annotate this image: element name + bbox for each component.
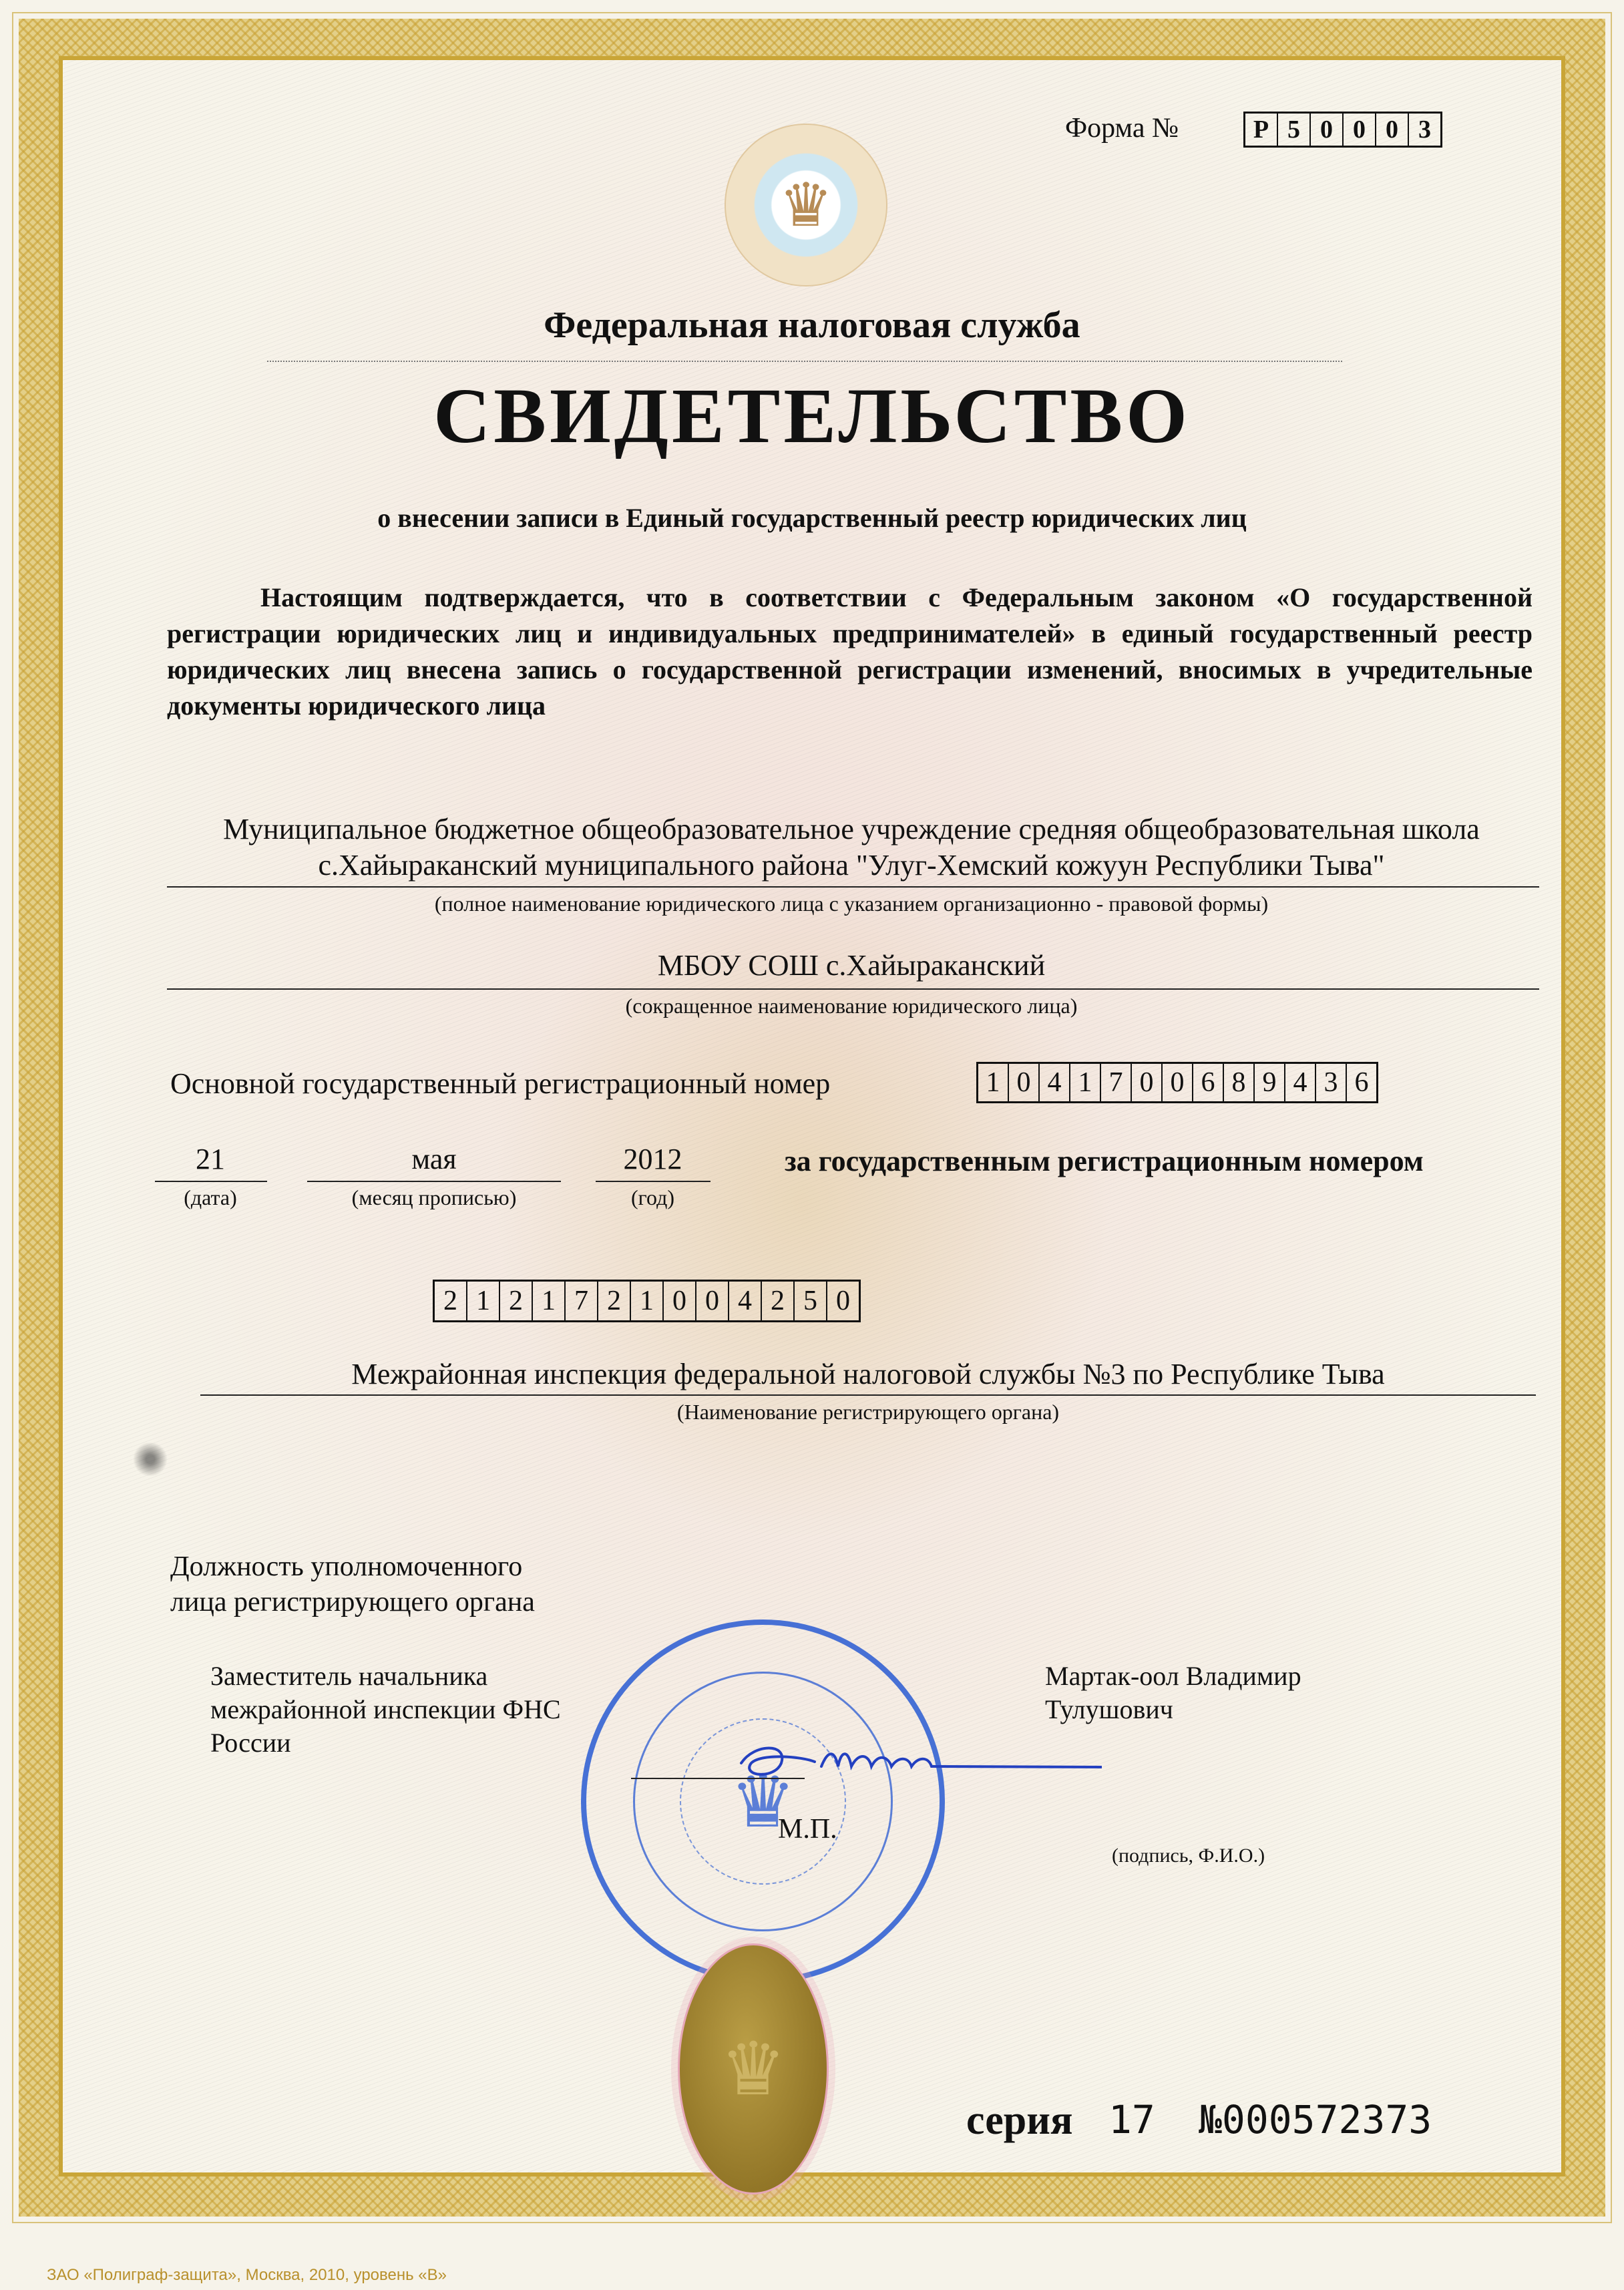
ogrn-digit: 4 [1285, 1064, 1316, 1101]
position-line: межрайонной инспекции ФНС [210, 1693, 561, 1726]
certification-text: Настоящим подтверждается, что в соответс… [167, 580, 1533, 724]
ogrn-digit: 3 [1316, 1064, 1347, 1101]
year-caption: (год) [594, 1185, 711, 1210]
full-name-caption: (полное наименование юридического лица с… [167, 892, 1536, 916]
official-stamp: ♛ [581, 1619, 945, 1983]
series-value: 17 [1108, 2097, 1155, 2142]
ogrn-label: Основной государственный регистрационный… [170, 1067, 830, 1101]
ogrn-digit: 7 [1101, 1064, 1132, 1101]
grn-digit: 5 [795, 1282, 827, 1320]
gold-embossed-seal: ♛ [678, 1943, 829, 2194]
double-headed-eagle-icon: ♛ [721, 2026, 787, 2112]
signatory-heading-line: лица регистрирующего органа [170, 1585, 535, 1620]
short-name-caption: (сокращенное наименование юридического л… [167, 994, 1536, 1018]
serial-number: №000572373 [1199, 2097, 1432, 2142]
double-headed-eagle-icon: ♛ [779, 170, 833, 240]
grn-boxes: 2 1 2 1 7 2 1 0 0 4 2 5 0 [433, 1280, 861, 1322]
grn-digit: 0 [827, 1282, 859, 1320]
grn-digit: 2 [598, 1282, 631, 1320]
name-line: Тулушович [1045, 1693, 1301, 1726]
date-day: 21 [154, 1142, 267, 1176]
form-number-label: Форма № [1065, 112, 1179, 144]
agency-name: Федеральная налоговая служба [0, 304, 1624, 347]
signatory-position: Заместитель начальника межрайонной инспе… [210, 1660, 561, 1760]
ogrn-digit: 0 [1009, 1064, 1040, 1101]
full-name-rule [167, 886, 1539, 888]
grn-digit: 2 [435, 1282, 467, 1320]
month-rule [307, 1181, 561, 1182]
signatory-heading-line: Должность уполномоченного [170, 1549, 535, 1585]
grn-digit: 2 [762, 1282, 795, 1320]
document-subtitle: о внесении записи в Единый государственн… [0, 502, 1624, 534]
month-caption: (месяц прописью) [307, 1185, 561, 1210]
ogrn-digit: 9 [1255, 1064, 1285, 1101]
grn-label: за государственным регистрационным номер… [785, 1144, 1424, 1178]
grn-digit: 1 [631, 1282, 664, 1320]
ogrn-digit: 0 [1132, 1064, 1163, 1101]
ogrn-digit: 8 [1224, 1064, 1255, 1101]
ink-smudge [127, 1443, 174, 1476]
grn-digit: 1 [467, 1282, 500, 1320]
ogrn-digit: 0 [1163, 1064, 1193, 1101]
grn-digit: 7 [566, 1282, 598, 1320]
seal-place-label: М.П. [778, 1813, 837, 1845]
day-caption: (дата) [154, 1185, 267, 1210]
short-name-rule [167, 988, 1539, 990]
grn-digit: 4 [729, 1282, 762, 1320]
form-code-cell: 3 [1409, 114, 1440, 146]
series-label: серия [966, 2097, 1073, 2144]
name-line: Мартак-оол Владимир [1045, 1660, 1301, 1693]
signatory-heading: Должность уполномоченного лица регистрир… [170, 1549, 535, 1620]
handwritten-signature [728, 1736, 1102, 1783]
signatory-name: Мартак-оол Владимир Тулушович [1045, 1660, 1301, 1726]
document-title: СВИДЕТЕЛЬСТВО [0, 371, 1624, 461]
grn-digit: 0 [696, 1282, 729, 1320]
ogrn-digit: 1 [1070, 1064, 1101, 1101]
form-code-cell: 0 [1344, 114, 1376, 146]
entity-short-name: МБОУ СОШ с.Хайыраканский [167, 948, 1536, 982]
ogrn-digit: 1 [978, 1064, 1009, 1101]
authority-rule [200, 1394, 1536, 1396]
grn-digit: 0 [664, 1282, 696, 1320]
ogrn-digit: 6 [1193, 1064, 1224, 1101]
date-year: 2012 [594, 1142, 711, 1176]
form-code-cell: 0 [1311, 114, 1344, 146]
form-code-cell: 5 [1278, 114, 1311, 146]
year-rule [596, 1181, 710, 1182]
grn-digit: 2 [500, 1282, 533, 1320]
hologram-emblem: ♛ [725, 124, 887, 287]
authority-caption: (Наименование регистрирующего органа) [200, 1400, 1536, 1424]
registering-authority: Межрайонная инспекция федеральной налого… [200, 1357, 1536, 1391]
form-number-boxes: Р 5 0 0 0 3 [1243, 112, 1442, 148]
date-month: мая [307, 1142, 561, 1176]
form-code-cell: 0 [1376, 114, 1409, 146]
day-rule [155, 1181, 267, 1182]
signature-caption: (подпись, Ф.И.О.) [1112, 1845, 1265, 1867]
agency-divider [267, 361, 1342, 362]
ogrn-digit: 6 [1347, 1064, 1376, 1101]
position-line: России [210, 1726, 561, 1760]
ogrn-boxes: 1 0 4 1 7 0 0 6 8 9 4 3 6 [976, 1062, 1378, 1103]
printer-imprint: ЗАО «Полиграф-защита», Москва, 2010, уро… [47, 2266, 447, 2285]
position-line: Заместитель начальника [210, 1660, 561, 1693]
entity-full-name: Муниципальное бюджетное общеобразователь… [167, 811, 1536, 884]
coat-of-arms-watermark [467, 835, 1135, 1569]
grn-digit: 1 [533, 1282, 566, 1320]
ogrn-digit: 4 [1040, 1064, 1070, 1101]
form-code-cell: Р [1245, 114, 1278, 146]
